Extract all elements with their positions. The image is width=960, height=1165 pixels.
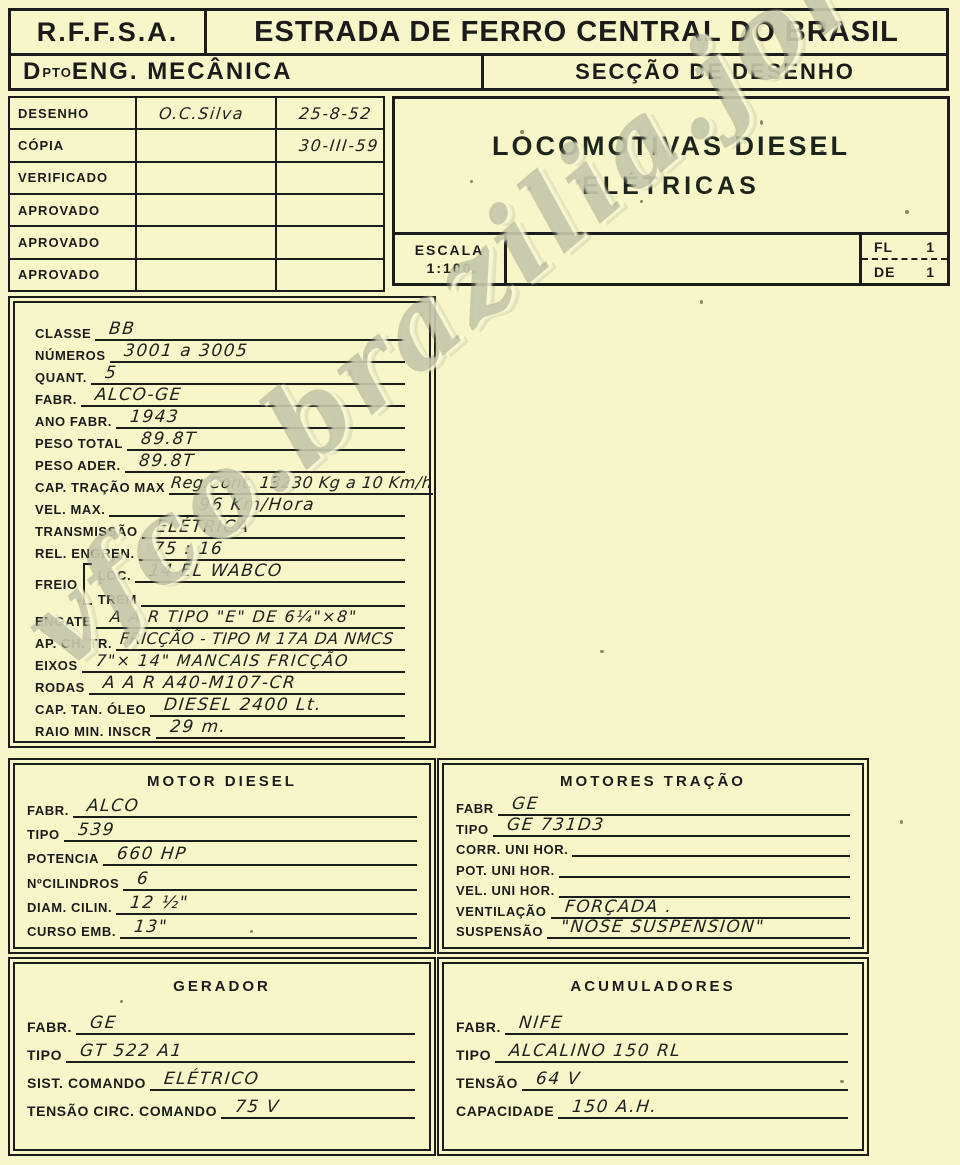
signoff-row-aprovado-1: APROVADO: [10, 195, 383, 227]
md-row-curso: CURSO EMB.13": [27, 917, 417, 939]
scan-speck: [760, 120, 763, 125]
spec-value: GE: [497, 796, 540, 813]
department-name: DPTO ENG. MECÂNICA: [11, 56, 484, 88]
spec-value: 660 HP: [102, 846, 188, 863]
freio-brace: [83, 563, 92, 605]
spec-value: 13": [119, 919, 169, 936]
signoff-row-copia: CÓPIA 30-III-59: [10, 130, 383, 162]
scan-speck: [700, 300, 703, 304]
signoff-label: APROVADO: [10, 260, 137, 290]
scan-speck: [905, 210, 909, 214]
scan-speck: [820, 150, 824, 153]
spec-label: ENGATE: [35, 614, 96, 629]
ac-row-capacidade: CAPACIDADE150 A.H.: [456, 1093, 848, 1119]
scale-label: ESCALA: [415, 242, 485, 258]
spec-row-quant: QUANT.5: [35, 363, 405, 385]
ac-row-tensao: TENSÃO64 V: [456, 1065, 848, 1091]
spec-label: POTENCIA: [27, 851, 103, 866]
spec-value: 150 A.H.: [557, 1099, 658, 1116]
spec-value: DIESEL 2400 Lt.: [149, 697, 323, 714]
signoff-row-aprovado-3: APROVADO: [10, 260, 383, 290]
spec-label: SIST. COMANDO: [27, 1075, 150, 1091]
spec-label: EIXOS: [35, 658, 82, 673]
spec-row-rel-engren: REL. ENGREN.75 : 16: [35, 539, 405, 561]
spec-row-cap-tracao: CAP. TRAÇÃO MAXReg.Cont. 13230 Kg a 10 K…: [35, 473, 405, 495]
spec-value: A A R TIPO "E" DE 6¼"×8": [95, 609, 358, 625]
ac-row-fabr: FABR.NIFE: [456, 1009, 848, 1035]
spec-value: 29 m.: [155, 719, 227, 736]
mt-row-corr: CORR. UNI HOR.: [456, 837, 850, 857]
de-value: 1: [926, 264, 935, 280]
sheet-fl-row: FL 1: [862, 235, 947, 260]
spec-label: AP. CH. TR.: [35, 636, 116, 651]
spec-value: A A R A40-M107-CR: [88, 675, 297, 692]
spec-label: PESO ADER.: [35, 458, 125, 473]
spec-label: FABR: [456, 801, 498, 816]
spec-value: Reg.Cont. 13230 Kg a 10 Km/h: [168, 475, 433, 491]
spec-label: PESO TOTAL: [35, 436, 127, 451]
spec-label: NÚMEROS: [35, 348, 110, 363]
ge-row-sist-comando: SIST. COMANDOELÉTRICO: [27, 1065, 415, 1091]
spec-row-transmissao: TRANSMISSÃOELÉTRICA: [35, 517, 405, 539]
mt-row-suspensao: SUSPENSÃO"NOSE SUSPENSION": [456, 919, 850, 939]
scale-value: 1:100: [427, 260, 473, 276]
panel-title: MOTORES TRAÇÃO: [444, 773, 862, 790]
spec-label: CAPACIDADE: [456, 1103, 558, 1119]
drawing-title-block: R.F.F.S.A. ESTRADA DE FERRO CENTRAL DO B…: [8, 8, 949, 91]
mt-row-vel: VEL. UNI HOR.: [456, 878, 850, 898]
spec-row-peso-total: PESO TOTAL89.8T: [35, 429, 405, 451]
spec-label: REL. ENGREN.: [35, 546, 139, 561]
spec-value: ALCALINO 150 RL: [494, 1043, 682, 1060]
mt-row-ventilacao: VENTILAÇÃOFORÇADA .: [456, 899, 850, 919]
panel-title: ACUMULADORES: [444, 978, 862, 995]
spec-row-ap-ch-tr: AP. CH. TR.FRICÇÃO - TIPO M 17A DA NMCS: [35, 629, 405, 651]
spec-value: ALCO: [72, 798, 140, 815]
mt-row-tipo: TIPOGE 731D3: [456, 817, 850, 837]
spec-value: GE: [75, 1015, 118, 1032]
panel-title: GERADOR: [15, 978, 429, 995]
spec-label: TIPO: [456, 1047, 495, 1063]
dept-superscript: PTO: [42, 65, 72, 80]
spec-label: VEL. UNI HOR.: [456, 883, 559, 898]
spec-value: 5: [90, 365, 118, 382]
scale-sheet-strip: ESCALA 1:100 FL 1 DE 1: [392, 235, 950, 286]
spec-label: CAP. TRAÇÃO MAX: [35, 480, 169, 495]
spec-row-ano-fabr: ANO FABR.1943: [35, 407, 405, 429]
signoff-label: APROVADO: [10, 195, 137, 225]
de-label: DE: [874, 264, 895, 280]
scan-speck: [520, 130, 524, 134]
spec-label: NºCILINDROS: [27, 876, 123, 891]
railroad-name: ESTRADA DE FERRO CENTRAL DO BRASIL: [207, 11, 946, 53]
scan-speck: [250, 930, 253, 933]
signoff-date: 25-8-52: [284, 106, 373, 122]
spec-label: DIAM. CILIN.: [27, 900, 116, 915]
spec-label: RAIO MIN. INSCR: [35, 724, 156, 739]
spec-label: CLASSE: [35, 326, 95, 341]
spec-value: BB: [94, 321, 136, 338]
spec-value: ELÉTRICA: [141, 519, 250, 536]
spec-label: FABR.: [27, 803, 73, 818]
spec-value: 64 V: [521, 1071, 581, 1088]
spec-value: GE 731D3: [492, 817, 605, 834]
spec-label: CURSO EMB.: [27, 924, 120, 939]
spec-row-freio-trem: TREM: [98, 585, 405, 607]
spec-label: QUANT.: [35, 370, 91, 385]
spec-row-raio-min: RAIO MIN. INSCR29 m.: [35, 717, 405, 739]
spec-label: ANO FABR.: [35, 414, 116, 429]
scale-cell: ESCALA 1:100: [395, 235, 507, 283]
ac-row-tipo: TIPOALCALINO 150 RL: [456, 1037, 848, 1063]
gerador-panel: GERADOR FABR.GE TIPOGT 522 A1 SIST. COMA…: [8, 957, 436, 1156]
spec-label: TIPO: [27, 827, 64, 842]
fl-label: FL: [874, 239, 893, 255]
spec-row-engate: ENGATEA A R TIPO "E" DE 6¼"×8": [35, 607, 405, 629]
spec-label: RODAS: [35, 680, 89, 695]
scan-speck: [900, 820, 903, 824]
spec-value: GT 522 A1: [65, 1043, 184, 1060]
scan-speck: [640, 200, 643, 203]
spec-row-numeros: NÚMEROS3001 a 3005: [35, 341, 405, 363]
scan-speck: [840, 1080, 844, 1083]
spec-value: 75 : 16: [138, 541, 224, 558]
acumuladores-panel: ACUMULADORES FABR.NIFE TIPOALCALINO 150 …: [437, 957, 869, 1156]
spec-value: ELÉTRICO: [149, 1071, 260, 1088]
spec-row-rodas: RODASA A R A40-M107-CR: [35, 673, 405, 695]
spec-value: 1943: [115, 409, 180, 426]
spec-row-classe: CLASSEBB: [35, 319, 405, 341]
spec-label: FABR.: [35, 392, 81, 407]
spec-label: CAP. TAN. ÓLEO: [35, 702, 150, 717]
spec-row-fabr: FABR.ALCO-GE: [35, 385, 405, 407]
panel-title: MOTOR DIESEL: [15, 773, 429, 790]
dept-initial: D: [23, 58, 42, 86]
freio-label: FREIO: [35, 577, 78, 592]
org-abbreviation: R.F.F.S.A.: [11, 11, 207, 53]
signoff-name: O.C.Silva: [144, 106, 245, 122]
spec-label: CORR. UNI HOR.: [456, 842, 572, 857]
signoff-table: DESENHO O.C.Silva 25-8-52 CÓPIA 30-III-5…: [8, 96, 385, 292]
spec-label: TENSÃO: [456, 1075, 522, 1091]
spec-row-vel-max: VEL. MAX.96 Km/Hora: [35, 495, 405, 517]
spec-value: "NOSE SUSPENSION": [546, 919, 766, 936]
sheet-de-row: DE 1: [862, 260, 947, 283]
spec-row-peso-ader: PESO ADER.89.8T: [35, 451, 405, 473]
spec-value: ALCO-GE: [80, 387, 183, 404]
motor-diesel-panel: MOTOR DIESEL FABR.ALCO TIPO539 POTENCIA6…: [8, 758, 436, 954]
spec-label: TENSÃO CIRC. COMANDO: [27, 1103, 221, 1119]
spec-value: 89.8T: [126, 431, 198, 448]
spec-row-freio-loc: LOC.14 EL WABCO: [98, 561, 405, 583]
ge-row-fabr: FABR.GE: [27, 1009, 415, 1035]
md-row-tipo: TIPO539: [27, 820, 417, 842]
spec-value: FORÇADA .: [550, 899, 673, 916]
spec-row-eixos: EIXOS7"× 14" MANCAIS FRICÇÃO: [35, 651, 405, 673]
signoff-date: 30-III-59: [284, 138, 380, 154]
spec-value: NIFE: [504, 1015, 564, 1032]
spec-label: TIPO: [456, 822, 493, 837]
drawing-subject-box: LOCOMOTIVAS DIESEL ELÉTRICAS: [392, 96, 950, 235]
md-row-diam: DIAM. CILIN.12 ½": [27, 893, 417, 915]
subject-line-1: LOCOMOTIVAS DIESEL: [492, 131, 850, 162]
signoff-row-aprovado-2: APROVADO: [10, 227, 383, 259]
spec-value: 7"× 14" MANCAIS FRICÇÃO: [81, 653, 350, 669]
spec-value: 3001 a 3005: [109, 343, 249, 360]
spec-label: VEL. MAX.: [35, 502, 109, 517]
motores-tracao-panel: MOTORES TRAÇÃO FABRGE TIPOGE 731D3 CORR.…: [437, 758, 869, 954]
spec-label: TREM: [98, 592, 141, 607]
spec-row-cap-tan-oleo: CAP. TAN. ÓLEODIESEL 2400 Lt.: [35, 695, 405, 717]
spec-value: 12 ½": [115, 895, 190, 912]
dept-rest: ENG. MECÂNICA: [72, 58, 293, 86]
ge-row-tipo: TIPOGT 522 A1: [27, 1037, 415, 1063]
mt-row-pot: POT. UNI HOR.: [456, 858, 850, 878]
md-row-fabr: FABR.ALCO: [27, 796, 417, 818]
signoff-label: VERIFICADO: [10, 163, 137, 193]
spec-value: FRICÇÃO - TIPO M 17A DA NMCS: [115, 631, 394, 647]
ge-row-tensao: TENSÃO CIRC. COMANDO75 V: [27, 1093, 415, 1119]
spec-label: LOC.: [98, 568, 135, 583]
spec-row-freio-group: FREIO LOC.14 EL WABCO TREM: [35, 561, 405, 607]
spec-value: 75 V: [220, 1099, 280, 1116]
scan-speck: [120, 1000, 123, 1003]
signoff-row-verificado: VERIFICADO: [10, 163, 383, 195]
signoff-label: CÓPIA: [10, 130, 137, 160]
spec-label: POT. UNI HOR.: [456, 863, 559, 878]
spec-value: 6: [122, 871, 150, 888]
spec-label: FABR.: [456, 1019, 505, 1035]
signoff-row-desenho: DESENHO O.C.Silva 25-8-52: [10, 98, 383, 130]
spec-label: FABR.: [27, 1019, 76, 1035]
spec-value: 89.8T: [124, 453, 196, 470]
spec-label: SUSPENSÃO: [456, 924, 547, 939]
signoff-label: APROVADO: [10, 227, 137, 257]
fl-value: 1: [926, 239, 935, 255]
scan-speck: [470, 180, 473, 183]
scan-speck: [600, 650, 604, 653]
signoff-label: DESENHO: [10, 98, 137, 128]
general-specs-box: CLASSEBB NÚMEROS3001 a 3005 QUANT.5 FABR…: [8, 296, 436, 748]
scanned-locomotive-datasheet: { "page": { "background": "#f7f6c9", "in…: [0, 0, 960, 1165]
section-name: SECÇÃO DE DESENHO: [484, 56, 946, 88]
sheet-number-box: FL 1 DE 1: [859, 235, 947, 283]
spec-value: 539: [63, 822, 116, 839]
subject-line-2: ELÉTRICAS: [582, 172, 760, 201]
md-row-cilindros: NºCILINDROS6: [27, 869, 417, 891]
mt-row-fabr: FABRGE: [456, 796, 850, 816]
spec-value: 96 Km/Hora: [198, 497, 316, 514]
scale-strip-blank: [507, 235, 859, 283]
md-row-potencia: POTENCIA660 HP: [27, 844, 417, 866]
spec-value: 14 EL WABCO: [134, 563, 283, 580]
spec-label: VENTILAÇÃO: [456, 904, 551, 919]
spec-label: TRANSMISSÃO: [35, 524, 142, 539]
spec-label: TIPO: [27, 1047, 66, 1063]
